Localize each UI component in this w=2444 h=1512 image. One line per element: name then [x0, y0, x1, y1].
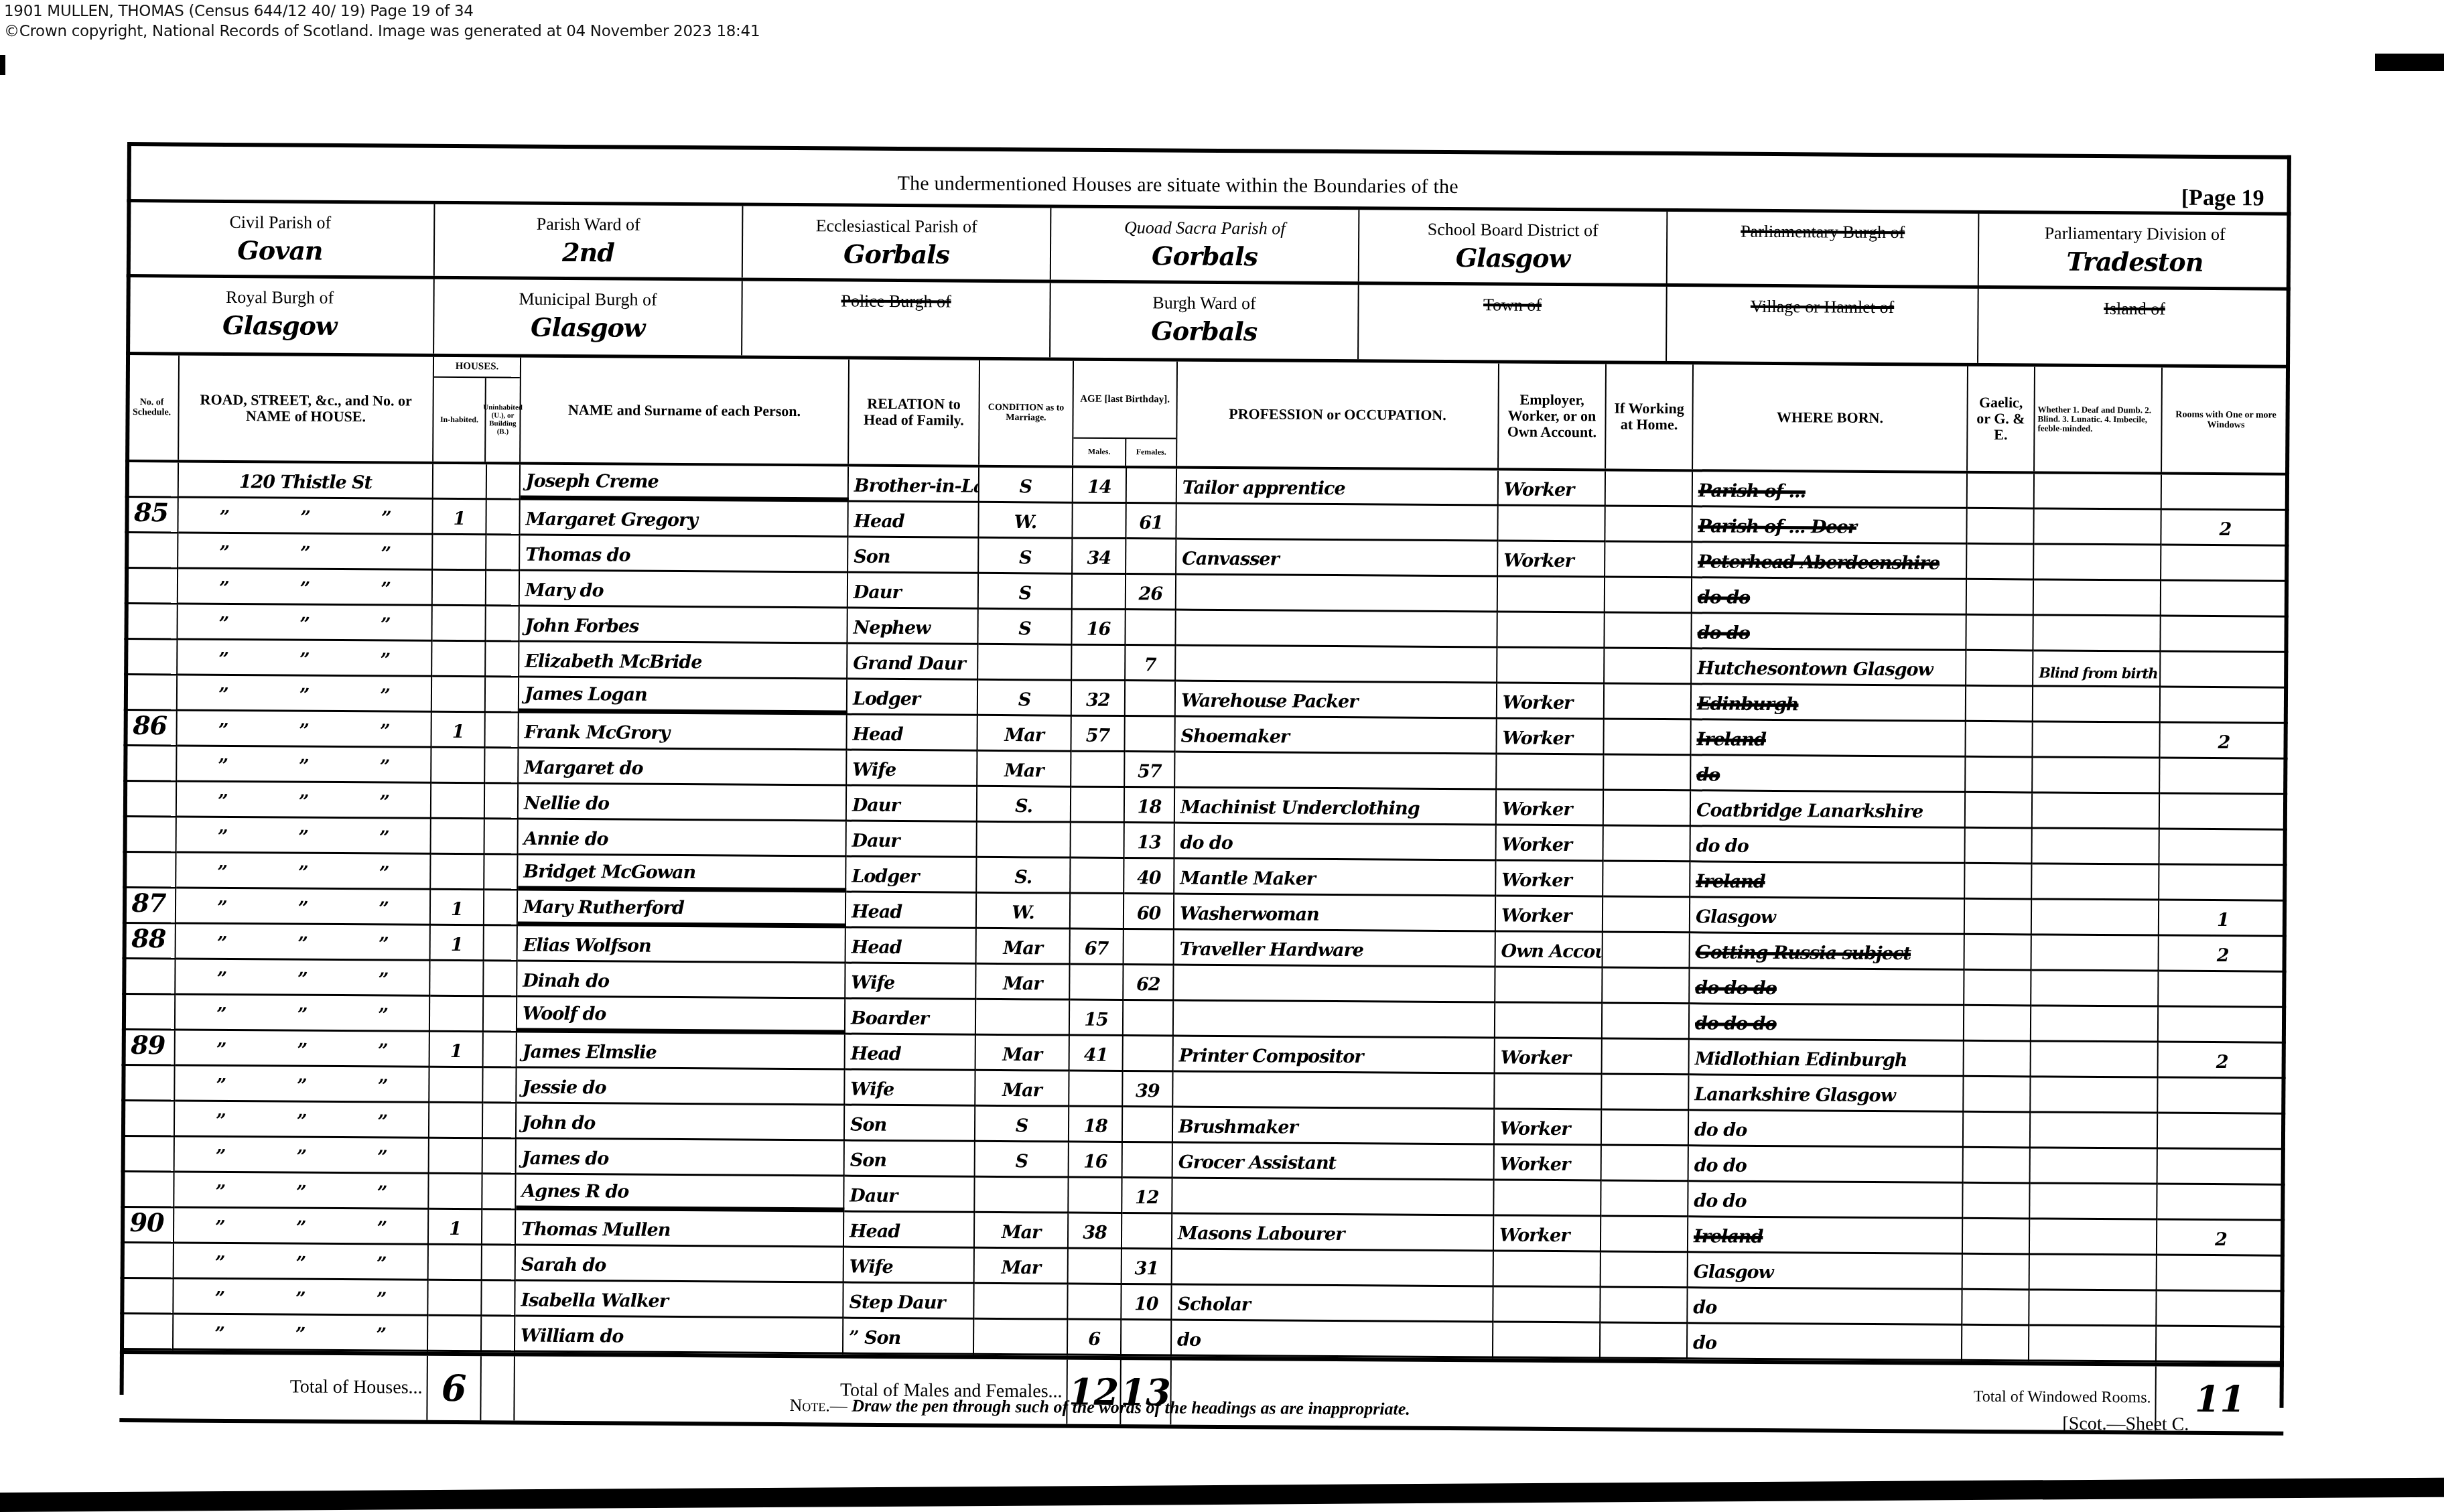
- birthplace-cell: Peterhead Aberdeenshire: [1692, 543, 1967, 580]
- rooms-count: 2: [2217, 945, 2229, 966]
- birthplace-cell: Glasgow: [1690, 898, 1965, 935]
- rooms-count-cell: [2161, 617, 2288, 653]
- person-name-cell: Mary do: [520, 571, 848, 609]
- admin-row2-value: [742, 314, 1049, 316]
- admin-row1-cell: Parliamentary Division ofTradeston: [1979, 214, 2291, 287]
- person-name-cell: John Forbes: [519, 607, 847, 644]
- employment-status-cell: Worker: [1494, 1216, 1601, 1252]
- inhabited-count: 1: [450, 1041, 462, 1062]
- birthplace: do do: [1696, 835, 1749, 856]
- total-uninhabited-blank: [481, 1356, 515, 1420]
- admin-row-1: Civil Parish ofGovanParish Ward of2ndEcc…: [127, 202, 2291, 291]
- female-age: 61: [1139, 512, 1163, 533]
- female-age-cell: 18: [1125, 788, 1175, 823]
- marital-condition: W.: [1014, 512, 1037, 533]
- employment-status: Worker: [1499, 1225, 1570, 1247]
- male-age-cell: [1069, 1178, 1122, 1214]
- road-ditto: ”: [295, 1324, 305, 1345]
- male-age: 57: [1086, 726, 1110, 746]
- header-at-home: If Working at Home.: [1606, 364, 1694, 469]
- marital-condition-cell: [978, 645, 1072, 681]
- uninhabited-blank-cell: [482, 1281, 515, 1316]
- header-houses: HOUSES. In-habited. Uninhabited (U.), or…: [433, 357, 521, 462]
- person-name-cell: Jessie do: [517, 1069, 845, 1106]
- road-address-cell: ”””: [178, 533, 433, 570]
- employment-status-cell: [1498, 506, 1605, 543]
- schedule-number-cell: [120, 1314, 174, 1350]
- birthplace-cell: do do: [1692, 614, 1966, 651]
- rooms-count-cell: [2157, 1185, 2285, 1221]
- female-age-cell: [1124, 1036, 1174, 1072]
- working-at-home-cell: [1603, 862, 1690, 898]
- relation-to-head: Son: [854, 547, 890, 567]
- female-age-cell: [1124, 1001, 1174, 1036]
- person-name: Thomas Mullen: [521, 1219, 670, 1241]
- person-name: Nellie do: [524, 793, 609, 815]
- employment-status-cell: Worker: [1497, 684, 1605, 720]
- admin-row1-label: School Board District of: [1359, 219, 1666, 241]
- birthplace: Glasgow: [1696, 906, 1775, 928]
- employment-status: Worker: [1501, 870, 1572, 892]
- uninhabited-blank-cell: [484, 997, 517, 1032]
- female-age-cell: 40: [1124, 859, 1174, 894]
- inhabited-count-cell: 1: [429, 1210, 482, 1245]
- employment-status-cell: Worker: [1498, 542, 1605, 578]
- rooms-count-cell: 2: [2161, 510, 2289, 547]
- male-age-cell: [1070, 965, 1124, 1001]
- marital-condition-cell: S.: [977, 858, 1071, 894]
- uninhabited-blank-cell: [483, 1068, 517, 1103]
- working-at-home-cell: [1603, 1039, 1690, 1075]
- gaelic-cell: [1968, 474, 2035, 510]
- inhabited-count-cell: 1: [431, 890, 484, 926]
- road-address-cell: ”””: [174, 1243, 429, 1280]
- employment-status: Own Account: [1501, 941, 1603, 963]
- occupation-cell: Machinist Underclothing: [1175, 788, 1497, 826]
- gaelic-cell: [1966, 722, 2033, 758]
- occupation: Printer Compositor: [1179, 1046, 1363, 1068]
- birthplace: do do do: [1695, 1013, 1777, 1034]
- female-age: 60: [1137, 903, 1161, 924]
- road-address-cell: ”””: [177, 817, 431, 854]
- birthplace-cell: Midlothian Edinburgh: [1690, 1040, 1964, 1077]
- admin-row1-cell: Ecclesiastical Parish ofGorbals: [743, 206, 1052, 280]
- relation-to-head: Wife: [850, 1079, 894, 1100]
- birthplace: do do: [1697, 622, 1749, 643]
- birthplace: Parish of ...: [1698, 480, 1806, 502]
- marital-condition: W.: [1012, 902, 1034, 923]
- occupation: Traveller Hardware: [1180, 939, 1363, 961]
- schedule-number: 90: [130, 1208, 164, 1237]
- working-at-home-cell: [1605, 613, 1692, 649]
- birthplace-cell: Coatbridge Lanarkshire: [1691, 791, 1966, 829]
- rooms-count: 2: [2220, 519, 2232, 540]
- header-inhabited: In-habited.: [433, 377, 486, 462]
- inhabited-count-cell: [430, 997, 484, 1032]
- road-ditto: ”: [216, 1075, 226, 1096]
- road-ditto: ”: [296, 1218, 306, 1239]
- inhabited-count-cell: [430, 961, 484, 997]
- relation-to-head-cell: Head: [848, 502, 979, 539]
- rooms-count-cell: [2159, 1008, 2286, 1044]
- male-age: 14: [1087, 477, 1111, 498]
- working-at-home-cell: [1605, 577, 1692, 614]
- person-name-cell: Frank McGrory: [519, 713, 847, 751]
- gaelic-cell: [1967, 545, 2034, 581]
- uninhabited-blank-cell: [486, 606, 519, 642]
- admin-row2-value: Gorbals: [1050, 315, 1357, 347]
- rooms-count: 2: [2218, 732, 2230, 753]
- infirmity-cell: [2031, 1042, 2159, 1078]
- working-at-home-cell: [1606, 471, 1693, 507]
- rooms-count-cell: [2159, 866, 2287, 902]
- marital-condition: Mar: [1001, 1257, 1040, 1278]
- marital-condition-cell: S: [978, 681, 1072, 717]
- person-name: Elias Wolfson: [523, 935, 651, 957]
- occupation-cell: [1176, 611, 1497, 648]
- road-ditto: ”: [377, 1182, 387, 1203]
- uninhabited-blank-cell: [486, 535, 520, 571]
- road-ditto: ”: [379, 898, 389, 919]
- road-ditto: ”: [298, 827, 308, 848]
- infirmity-cell: [2032, 864, 2159, 900]
- female-age-cell: 57: [1125, 752, 1175, 788]
- person-name-cell: Sarah do: [516, 1246, 844, 1284]
- birthplace-cell: do: [1691, 756, 1966, 793]
- marital-condition: S.: [1015, 796, 1032, 817]
- marital-condition-cell: Mar: [975, 1071, 1069, 1107]
- gaelic-cell: [1965, 900, 2032, 936]
- person-name-cell: James Elmslie: [517, 1033, 845, 1071]
- female-age-cell: [1126, 539, 1176, 575]
- road-ditto: ”: [298, 898, 308, 919]
- road-ditto: ”: [378, 1005, 388, 1026]
- rooms-count-cell: [2160, 795, 2287, 831]
- schedule-number-cell: [123, 746, 177, 782]
- working-at-home-cell: [1605, 542, 1692, 578]
- birthplace-cell: do do: [1689, 1111, 1964, 1148]
- male-age-cell: 67: [1071, 930, 1124, 965]
- person-name: John do: [522, 1113, 596, 1134]
- road-ditto: ”: [218, 720, 228, 741]
- occupation: Washerwoman: [1180, 904, 1319, 925]
- birthplace: do: [1693, 1297, 1716, 1318]
- birthplace: Parish of ... Deer: [1698, 516, 1856, 537]
- road-ditto: ”: [380, 721, 390, 742]
- birthplace: Ireland: [1697, 729, 1766, 750]
- employment-status: Worker: [1502, 835, 1572, 856]
- working-at-home-cell: [1601, 1288, 1688, 1324]
- road-ditto: ”: [215, 1253, 225, 1274]
- marital-condition-cell: S: [978, 610, 1072, 646]
- person-name: James Elmslie: [523, 1042, 657, 1063]
- admin-row2-value: [1978, 321, 2290, 323]
- road-address-cell: ”””: [177, 746, 431, 783]
- relation-to-head: Wife: [851, 973, 894, 993]
- employment-status: Worker: [1502, 799, 1572, 821]
- marital-condition: S: [1019, 583, 1032, 604]
- relation-to-head: Lodger: [853, 689, 920, 710]
- male-age-cell: 14: [1073, 468, 1127, 504]
- road-ditto: ”: [216, 1146, 226, 1167]
- person-name-cell: James do: [517, 1140, 845, 1177]
- schedule-number-cell: [121, 1066, 175, 1101]
- admin-row1-cell: School Board District ofGlasgow: [1359, 210, 1668, 283]
- marital-condition-cell: [977, 823, 1071, 859]
- form-note: Note.— Draw the pen through such of the …: [789, 1395, 1410, 1420]
- rooms-count-cell: [2161, 652, 2288, 689]
- road-ditto: ”: [378, 1040, 388, 1061]
- inhabited-count-cell: [432, 677, 486, 713]
- marital-condition-cell: Mar: [976, 1036, 1070, 1072]
- male-age-cell: [1071, 752, 1125, 788]
- inhabited-count-cell: [429, 1139, 483, 1174]
- birthplace: Ireland: [1696, 871, 1765, 892]
- header-road: ROAD, STREET, &c., and No. or NAME of HO…: [179, 355, 434, 461]
- female-age-cell: [1122, 1214, 1172, 1249]
- male-age: 41: [1084, 1045, 1108, 1066]
- birthplace-cell: do do: [1690, 827, 1965, 864]
- form-title: The undermentioned Houses are situate wi…: [898, 172, 1458, 198]
- relation-to-head: Head: [853, 724, 903, 745]
- male-age-cell: 15: [1070, 1001, 1124, 1036]
- header-condition: CONDITION as to Marriage.: [979, 360, 1074, 466]
- relation-to-head-cell: Head: [846, 893, 977, 929]
- female-age-cell: [1123, 1143, 1173, 1178]
- person-name-cell: Joseph Creme: [521, 465, 849, 502]
- occupation: Brushmaker: [1178, 1117, 1298, 1138]
- person-name: Margaret do: [524, 758, 642, 779]
- road-ditto: ”: [216, 1004, 226, 1025]
- person-name: Frank McGrory: [525, 722, 670, 744]
- schedule-number-cell: 88: [123, 924, 176, 959]
- admin-row2-label: Burgh Ward of: [1050, 292, 1357, 314]
- working-at-home-cell: [1601, 1323, 1688, 1359]
- female-age-cell: [1126, 610, 1176, 646]
- road-address-cell: ”””: [175, 1101, 429, 1138]
- admin-row1-label: Parliamentary Burgh of: [1668, 221, 1978, 243]
- road-ditto: ”: [219, 578, 229, 599]
- person-name: John Forbes: [525, 616, 639, 637]
- inhabited-count-cell: [431, 819, 485, 855]
- occupation-cell: Masons Labourer: [1172, 1215, 1494, 1252]
- relation-to-head-cell: Step Daur: [843, 1284, 974, 1320]
- occupation: do do: [1180, 833, 1233, 853]
- male-age-cell: 32: [1072, 681, 1126, 717]
- rooms-count-cell: 2: [2159, 1043, 2286, 1079]
- person-name-cell: Mary Rutherford: [518, 891, 846, 929]
- birthplace-cell: Ireland: [1690, 862, 1965, 900]
- person-name: Margaret Gregory: [525, 509, 697, 531]
- male-age: 15: [1084, 1010, 1108, 1030]
- schedule-number: 88: [131, 924, 165, 953]
- birthplace-cell: Ireland: [1691, 720, 1966, 758]
- admin-row1-value: Gorbals: [1051, 240, 1358, 272]
- employment-status-cell: [1494, 1251, 1601, 1288]
- uninhabited-blank-cell: [483, 1139, 517, 1174]
- gaelic-cell: [1966, 616, 2033, 652]
- rooms-count-cell: [2158, 1079, 2285, 1115]
- employment-status-cell: [1498, 577, 1605, 614]
- employment-status: Worker: [1500, 1154, 1570, 1176]
- birthplace: do do: [1694, 1155, 1747, 1176]
- occupation: do: [1177, 1330, 1201, 1351]
- birthplace-cell: Gotting Russia subject: [1690, 933, 1965, 971]
- relation-to-head-cell: Daur: [847, 786, 977, 823]
- gaelic-cell: [1963, 1219, 2030, 1255]
- relation-to-head-cell: Grand Daur: [847, 644, 978, 681]
- header-infirmity: Whether 1. Deaf and Dumb. 2. Blind. 3. L…: [2035, 366, 2163, 472]
- female-age-cell: [1127, 468, 1177, 504]
- male-age: 34: [1087, 548, 1111, 569]
- gaelic-cell: [1964, 1148, 2031, 1184]
- uninhabited-blank-cell: [484, 926, 518, 961]
- road-ditto: ”: [217, 898, 227, 918]
- relation-to-head-cell: Son: [845, 1106, 975, 1142]
- person-name-cell: Elias Wolfson: [518, 926, 846, 964]
- uninhabited-blank-cell: [486, 500, 520, 535]
- infirmity: Blind from birth: [2039, 664, 2157, 681]
- admin-row2-label: Police Burgh of: [742, 291, 1049, 313]
- employment-status-cell: Worker: [1496, 862, 1603, 898]
- uninhabited-blank-cell: [485, 784, 519, 819]
- road-ditto: ”: [300, 508, 310, 529]
- gaelic-cell: [1966, 793, 2033, 829]
- total-houses-label: Total of Houses...: [119, 1354, 428, 1420]
- inhabited-count: 1: [451, 899, 463, 920]
- road-address-cell: ”””: [177, 782, 431, 819]
- occupation-cell: Warehouse Packer: [1176, 682, 1497, 719]
- admin-row2-label: Town of: [1359, 294, 1666, 316]
- relation-to-head-cell: Head: [847, 715, 977, 752]
- relation-to-head: Daur: [850, 1186, 897, 1207]
- uninhabited-blank-cell: [482, 1210, 516, 1245]
- schedule-number-cell: [122, 959, 176, 995]
- employment-status: Worker: [1504, 480, 1574, 501]
- road-ditto: ”: [299, 685, 310, 706]
- inhabited-count-cell: [431, 855, 484, 890]
- male-age-cell: [1071, 894, 1124, 930]
- header-name: NAME and Surname of each Person.: [521, 358, 850, 464]
- female-age: 7: [1144, 655, 1156, 675]
- uninhabited-blank-cell: [486, 571, 520, 606]
- birthplace-cell: do: [1688, 1288, 1962, 1326]
- relation-to-head-cell: Wife: [847, 751, 977, 787]
- road-ditto: ”: [377, 1253, 387, 1274]
- female-age-cell: 31: [1122, 1249, 1172, 1285]
- rooms-count-cell: [2158, 1150, 2285, 1186]
- person-name: Jessie do: [522, 1077, 606, 1099]
- occupation-cell: Traveller Hardware: [1174, 931, 1496, 968]
- occupation-cell: Printer Compositor: [1174, 1037, 1495, 1075]
- infirmity-cell: Blind from birth: [2033, 651, 2161, 687]
- copyright-caption: ©Crown copyright, National Records of Sc…: [4, 23, 760, 40]
- marital-condition-cell: S: [979, 539, 1073, 575]
- employment-status-cell: Worker: [1497, 791, 1604, 827]
- birthplace-cell: Hutchesontown Glasgow: [1692, 649, 1966, 687]
- occupation: Grocer Assistant: [1178, 1152, 1337, 1174]
- birthplace-cell: Lanarkshire Glasgow: [1689, 1075, 1964, 1113]
- marital-condition: S: [1016, 1115, 1028, 1136]
- rooms-count-cell: [2157, 1327, 2284, 1363]
- male-age-cell: 57: [1071, 717, 1125, 752]
- road-ditto: ”: [377, 1289, 387, 1310]
- road-ditto: ”: [296, 1182, 306, 1203]
- uninhabited-blank-cell: [482, 1245, 516, 1281]
- birthplace-cell: Edinburgh: [1692, 685, 1966, 722]
- male-age-cell: [1069, 1072, 1123, 1107]
- gaelic-cell: [1963, 1184, 2030, 1220]
- relation-to-head-cell: Son: [845, 1142, 975, 1178]
- scan-edge-left: [0, 55, 5, 75]
- working-at-home-cell: [1602, 1110, 1689, 1146]
- female-age-cell: 12: [1122, 1178, 1172, 1214]
- female-age: 26: [1139, 583, 1163, 604]
- marital-condition-cell: W.: [979, 503, 1073, 539]
- infirmity-cell: [2029, 1290, 2157, 1326]
- admin-row2-cell: Burgh Ward ofGorbals: [1050, 283, 1359, 359]
- road-ditto: ”: [296, 1147, 306, 1168]
- birthplace: Ireland: [1694, 1226, 1763, 1247]
- road-ditto: ”: [381, 614, 391, 635]
- working-at-home-cell: [1603, 897, 1690, 933]
- header-females: Females.: [1126, 439, 1176, 466]
- relation-to-head: Son: [850, 1150, 886, 1171]
- person-name: James do: [522, 1148, 609, 1170]
- uninhabited-blank-cell: [484, 855, 518, 890]
- road-ditto: ”: [295, 1253, 305, 1274]
- marital-condition-cell: W.: [977, 894, 1071, 930]
- admin-row2-value: Glasgow: [434, 312, 741, 344]
- gaelic-cell: [1964, 935, 2031, 971]
- rooms-count-cell: [2157, 1256, 2285, 1292]
- schedule-number-cell: [121, 1172, 174, 1208]
- uninhabited-blank-cell: [486, 677, 519, 713]
- working-at-home-cell: [1605, 506, 1692, 543]
- female-age-cell: [1126, 681, 1176, 717]
- schedule-number: 87: [131, 888, 165, 918]
- employment-status: Worker: [1503, 551, 1574, 572]
- birthplace: Gotting Russia subject: [1696, 942, 1911, 964]
- gaelic-cell: [1965, 829, 2032, 865]
- inhabited-count-cell: [432, 606, 486, 642]
- person-name-cell: Woolf do: [517, 998, 845, 1035]
- road-ditto: ”: [216, 969, 226, 989]
- relation-to-head: Daur: [854, 582, 901, 603]
- uninhabited-blank-cell: [484, 961, 517, 997]
- header-rooms: Rooms with One or more Windows: [2162, 368, 2290, 473]
- person-name: Mary do: [525, 580, 604, 602]
- male-age-cell: 16: [1069, 1143, 1123, 1178]
- person-name: Bridget McGowan: [523, 862, 695, 884]
- person-name-cell: Thomas do: [520, 536, 848, 573]
- employment-status-cell: [1495, 967, 1603, 1004]
- marital-condition: S: [1018, 689, 1031, 710]
- uninhabited-blank-cell: [484, 1032, 517, 1068]
- person-name: Elizabeth McBride: [525, 651, 701, 673]
- occupation: Tailor apprentice: [1182, 478, 1345, 499]
- female-age: 12: [1135, 1187, 1159, 1208]
- male-age-cell: [1073, 504, 1126, 539]
- working-at-home-cell: [1604, 755, 1691, 791]
- relation-to-head: Head: [850, 1221, 900, 1242]
- marital-condition: S: [1019, 547, 1032, 568]
- road-ditto: ”: [300, 543, 310, 564]
- rooms-count-cell: [2159, 830, 2287, 866]
- road-address-cell: ”””: [178, 604, 432, 641]
- birthplace: Peterhead Aberdeenshire: [1698, 551, 1940, 573]
- inhabited-count-cell: 1: [431, 926, 484, 961]
